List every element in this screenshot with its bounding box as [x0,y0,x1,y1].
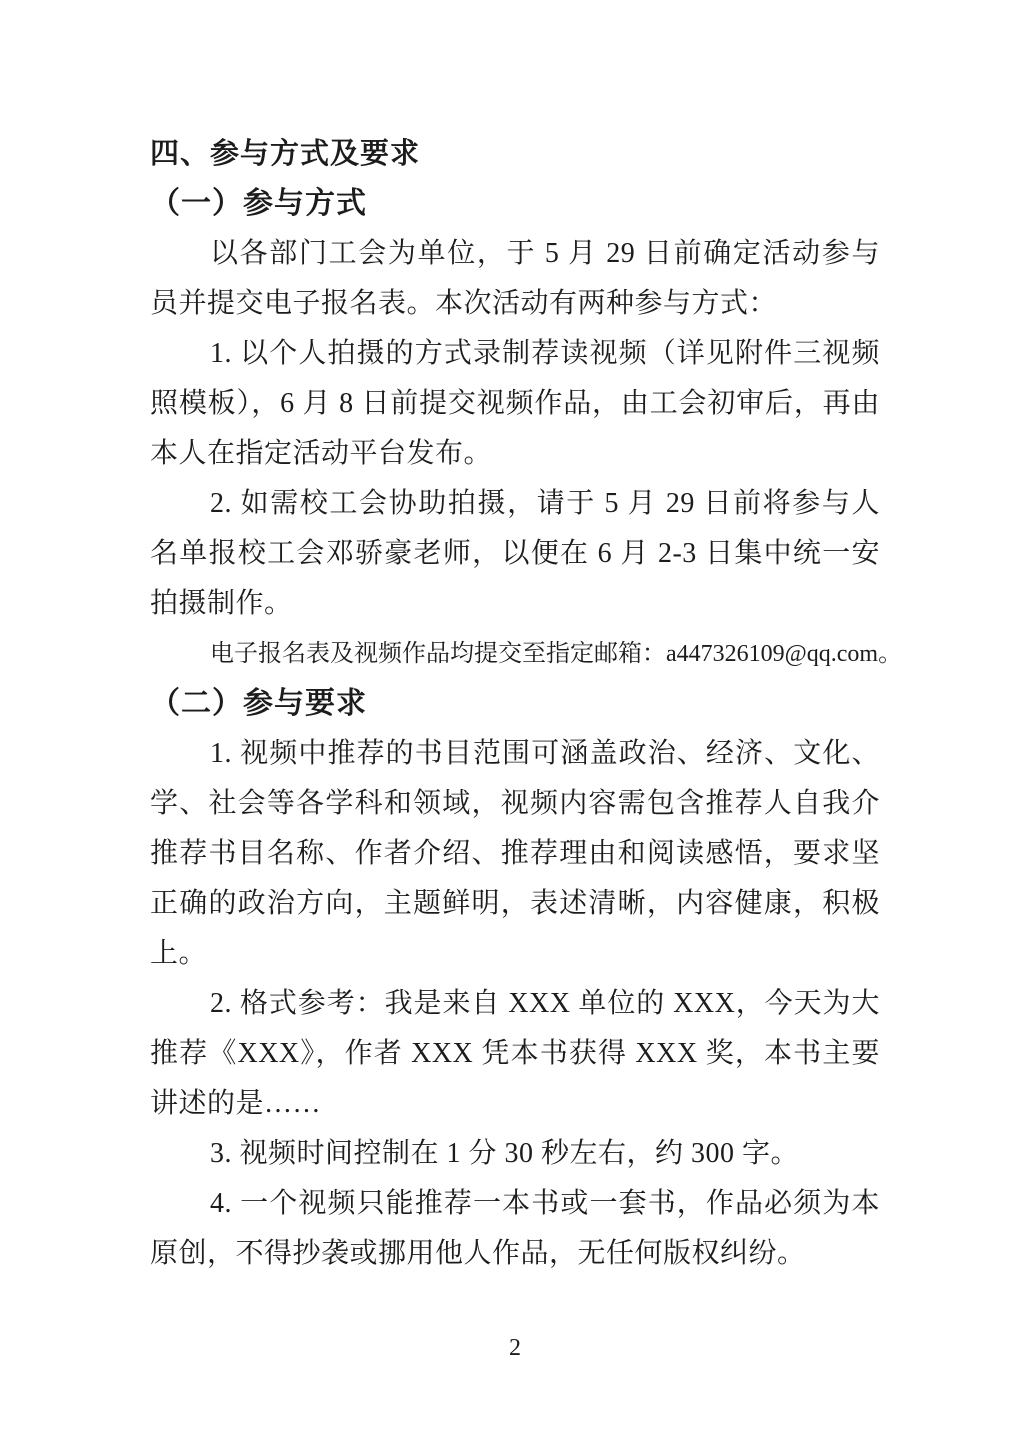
document-content: 四、参与方式及要求 （一）参与方式 以各部门工会为单位，于 5 月 29 日前确… [150,129,880,1279]
email-submission-line: 电子报名表及视频作品均提交至指定邮箱：a447326109@qq.com。 [150,629,880,679]
paragraph-4-line-2: 学、社会等各学科和领域，视频内容需包含推荐人自我介绍、 [150,779,880,829]
paragraph-2-line-2: 照模板），6 月 8 日前提交视频作品，由工会初审后，再由 [150,379,880,429]
page-number: 2 [150,1328,880,1368]
paragraph-5-line-3: 讲述的是…… [150,1079,880,1129]
subsection-heading-participation-method: （一）参与方式 [150,179,880,229]
paragraph-1-line-1: 以各部门工会为单位，于 5 月 29 日前确定活动参与人 [150,229,880,279]
paragraph-1-line-2: 员并提交电子报名表。本次活动有两种参与方式： [150,279,880,329]
paragraph-3-line-2: 名单报校工会邓骄豪老师，以便在 6 月 2-3 日集中统一安排 [150,529,880,579]
paragraph-4-line-1: 1. 视频中推荐的书目范围可涵盖政治、经济、文化、科 [150,729,880,779]
paragraph-4-line-5: 上。 [150,929,880,979]
paragraph-7-line-1: 4. 一个视频只能推荐一本书或一套书，作品必须为本人 [150,1179,880,1229]
paragraph-5-line-2: 推荐《XXX》，作者 XXX 凭本书获得 XXX 奖，本书主要 [150,1029,880,1079]
paragraph-4-line-4: 正确的政治方向，主题鲜明，表述清晰，内容健康，积极向 [150,879,880,929]
paragraph-6-line-1: 3. 视频时间控制在 1 分 30 秒左右，约 300 字。 [150,1129,880,1179]
document-page: 四、参与方式及要求 （一）参与方式 以各部门工会为单位，于 5 月 29 日前确… [0,0,1024,1448]
section-heading: 四、参与方式及要求 [150,129,880,179]
paragraph-2-line-1: 1. 以个人拍摄的方式录制荐读视频（详见附件三视频参 [150,329,880,379]
paragraph-5-line-1: 2. 格式参考：我是来自 XXX 单位的 XXX，今天为大家 [150,979,880,1029]
paragraph-2-line-3: 本人在指定活动平台发布。 [150,429,880,479]
paragraph-4-line-3: 推荐书目名称、作者介绍、推荐理由和阅读感悟，要求坚持 [150,829,880,879]
subsection-heading-participation-requirements: （二）参与要求 [150,679,880,729]
paragraph-3-line-3: 拍摄制作。 [150,579,880,629]
paragraph-7-line-2: 原创，不得抄袭或挪用他人作品，无任何版权纠纷。 [150,1229,880,1279]
paragraph-3-line-1: 2. 如需校工会协助拍摄，请于 5 月 29 日前将参与人员 [150,479,880,529]
